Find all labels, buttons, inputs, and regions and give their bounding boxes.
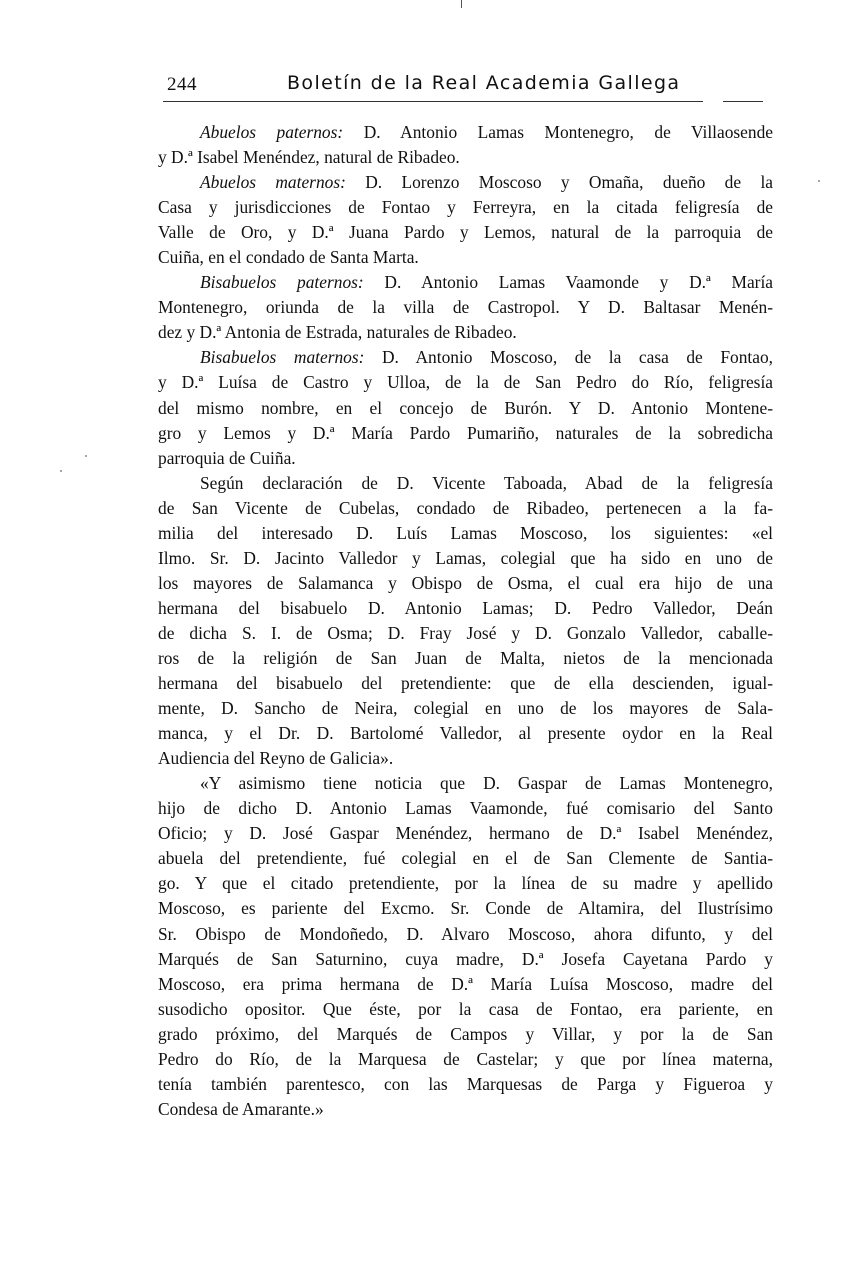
paragraph-bisabuelos-maternos-line: Bisabuelos maternos: D. Antonio Moscoso,… [158, 345, 773, 370]
page-number: 244 [167, 74, 197, 96]
paragraph-abuelos-paternos-line: Abuelos paternos: D. Antonio Lamas Monte… [158, 120, 773, 145]
text-line: ros de la religión de San Juan de Malta,… [158, 646, 773, 671]
header-rule [163, 101, 703, 102]
header-rule-end [723, 101, 763, 102]
text-line: susodicho opositor. Que éste, por la cas… [158, 997, 773, 1022]
text-line: Oficio; y D. José Gaspar Menéndez, herma… [158, 821, 773, 846]
text-line: y D.ª Luísa de Castro y Ulloa, de la de … [158, 370, 773, 395]
section-label: Abuelos maternos: [200, 172, 346, 192]
text-line: go. Y que el citado pretendiente, por la… [158, 871, 773, 896]
text-line: hermana del bisabuelo del pretendiente: … [158, 671, 773, 696]
scan-mark [461, 0, 462, 8]
text-line: grado próximo, del Marqués de Campos y V… [158, 1022, 773, 1047]
text-line: Audiencia del Reyno de Galicia». [158, 746, 773, 771]
text-line: milia del interesado D. Luís Lamas Mosco… [158, 521, 773, 546]
text-line: hijo de dicho D. Antonio Lamas Vaamonde,… [158, 796, 773, 821]
text-line: Moscoso, es pariente del Excmo. Sr. Cond… [158, 896, 773, 921]
text-line: mente, D. Sancho de Neira, colegial en u… [158, 696, 773, 721]
paragraph-asimismo-line: «Y asimismo tiene noticia que D. Gaspar … [158, 771, 773, 796]
text-line: Pedro do Río, de la Marquesa de Castelar… [158, 1047, 773, 1072]
page-header: 244 Boletín de la Real Academia Gallega [163, 70, 758, 100]
scan-speck [818, 180, 820, 182]
text-line: los mayores de Salamanca y Obispo de Osm… [158, 571, 773, 596]
text-line: Ilmo. Sr. D. Jacinto Valledor y Lamas, c… [158, 546, 773, 571]
text-line: Sr. Obispo de Mondoñedo, D. Alvaro Mosco… [158, 922, 773, 947]
paragraph-abuelos-maternos-line: Abuelos maternos: D. Lorenzo Moscoso y O… [158, 170, 773, 195]
section-label: Bisabuelos paternos: [200, 272, 364, 292]
body-text: Abuelos paternos: D. Antonio Lamas Monte… [158, 120, 773, 1122]
paragraph-declaracion-line: Según declaración de D. Vicente Taboada,… [158, 471, 773, 496]
text-line: Valle de Oro, y D.ª Juana Pardo y Lemos,… [158, 220, 773, 245]
text-line: de dicha S. I. de Osma; D. Fray José y D… [158, 621, 773, 646]
text-line: dez y D.ª Antonia de Estrada, naturales … [158, 320, 773, 345]
text-line: Moscoso, era prima hermana de D.ª María … [158, 972, 773, 997]
text-line: gro y Lemos y D.ª María Pardo Pumariño, … [158, 421, 773, 446]
text-line: tenía también parentesco, con las Marque… [158, 1072, 773, 1097]
text-line: de San Vicente de Cubelas, condado de Ri… [158, 496, 773, 521]
text-line: Montenegro, oriunda de la villa de Castr… [158, 295, 773, 320]
section-label: Abuelos paternos: [200, 122, 343, 142]
text-line: Casa y jurisdicciones de Fontao y Ferrey… [158, 195, 773, 220]
text-line: manca, y el Dr. D. Bartolomé Valledor, a… [158, 721, 773, 746]
text-line: Condesa de Amarante.» [158, 1097, 773, 1122]
scan-speck [85, 455, 87, 457]
text-line: Cuiña, en el condado de Santa Marta. [158, 245, 773, 270]
paragraph-bisabuelos-paternos-line: Bisabuelos paternos: D. Antonio Lamas Va… [158, 270, 773, 295]
text-line: hermana del bisabuelo D. Antonio Lamas; … [158, 596, 773, 621]
running-title: Boletín de la Real Academia Gallega [287, 72, 680, 94]
text-line: y D.ª Isabel Menéndez, natural de Ribade… [158, 145, 773, 170]
text-line: abuela del pretendiente, fué colegial en… [158, 846, 773, 871]
scan-speck [60, 470, 62, 472]
text-line: del mismo nombre, en el concejo de Burón… [158, 396, 773, 421]
section-label: Bisabuelos maternos: [200, 347, 364, 367]
text-line: parroquia de Cuiña. [158, 446, 773, 471]
text-line: Marqués de San Saturnino, cuya madre, D.… [158, 947, 773, 972]
